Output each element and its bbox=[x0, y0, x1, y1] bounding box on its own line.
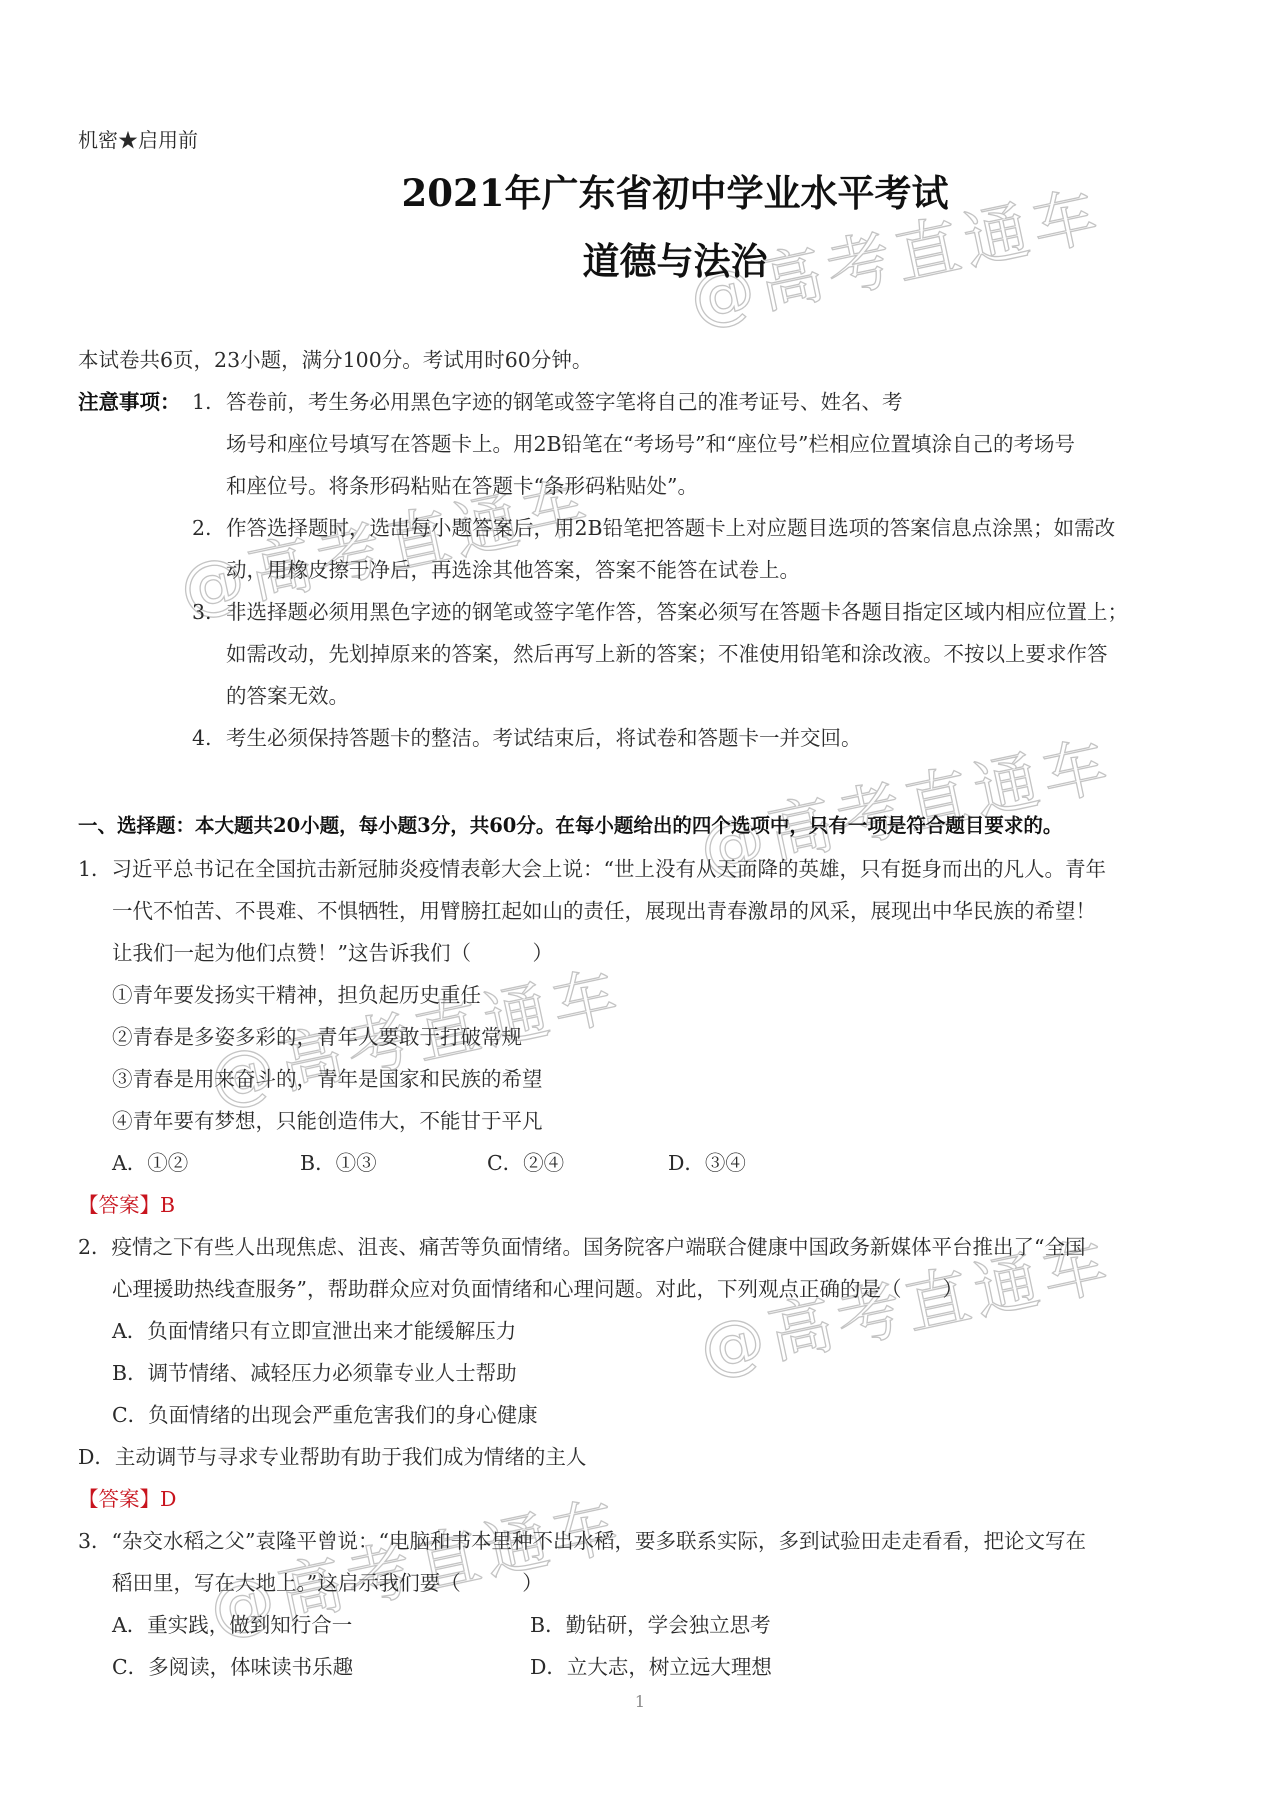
option-d: D．主动调节与寻求专业帮助有助于我们成为情绪的主人 bbox=[78, 1443, 586, 1471]
option-d: D．③④ bbox=[668, 1149, 746, 1177]
note-number: 1. bbox=[192, 388, 212, 416]
statement: ③青春是用来奋斗的，青年是国家和民族的希望 bbox=[112, 1065, 543, 1093]
option-c: C．多阅读，体味读书乐趣 bbox=[112, 1653, 353, 1681]
note-line: 动，用橡皮擦干净后，再选涂其他答案，答案不能答在试卷上。 bbox=[226, 556, 800, 584]
exam-page: @高考直通车 @高考直通车 @高考直通车 @高考直通车 @高考直通车 @高考直通… bbox=[0, 0, 1280, 1810]
note-number: 4. bbox=[192, 724, 212, 752]
subject-title: 道德与法治 bbox=[0, 238, 1280, 284]
statement: ④青年要有梦想，只能创造伟大，不能甘于平凡 bbox=[112, 1107, 543, 1135]
answer-label: 【答案】D bbox=[78, 1485, 176, 1513]
confidential-label: 机密★启用前 bbox=[78, 126, 198, 154]
note-line: 场号和座位号填写在答题卡上。用2B铅笔在“考场号”和“座位号”栏相应位置填涂自己… bbox=[226, 430, 1075, 458]
page-number: 1 bbox=[0, 1692, 1280, 1711]
section-heading: 一、选择题：本大题共20小题，每小题3分，共60分。在每小题给出的四个选项中，只… bbox=[78, 812, 1062, 840]
option-a: A．负面情绪只有立即宣泄出来才能缓解压力 bbox=[112, 1317, 516, 1345]
question-stem: 让我们一起为他们点赞！”这告诉我们（ ） bbox=[112, 939, 553, 967]
note-line: 和座位号。将条形码粘贴在答题卡“条形码粘贴处”。 bbox=[226, 472, 698, 500]
notes-label: 注意事项： bbox=[78, 388, 181, 416]
note-line: 非选择题必须用黑色字迹的钢笔或签字笔作答，答案必须写在答题卡各题目指定区域内相应… bbox=[226, 598, 1128, 626]
statement: ②青春是多姿多彩的，青年人要敢于打破常规 bbox=[112, 1023, 522, 1051]
exam-title: 2021年广东省初中学业水平考试 bbox=[0, 170, 1280, 216]
note-line: 作答选择题时，选出每小题答案后，用2B铅笔把答题卡上对应题目选项的答案信息点涂黑… bbox=[226, 514, 1115, 542]
question-stem: 2．疫情之下有些人出现焦虑、沮丧、痛苦等负面情绪。国务院客户端联合健康中国政务新… bbox=[78, 1233, 1086, 1261]
question-stem: 一代不怕苦、不畏难、不惧牺牲，用臂膀扛起如山的责任，展现出青春激昂的风采，展现出… bbox=[112, 897, 1096, 925]
question-stem: 心理援助热线查服务”，帮助群众应对负面情绪和心理问题。对此，下列观点正确的是（ … bbox=[112, 1275, 963, 1303]
note-line: 答卷前，考生务必用黑色字迹的钢笔或签字笔将自己的准考证号、姓名、考 bbox=[226, 388, 903, 416]
question-stem: 1．习近平总书记在全国抗击新冠肺炎疫情表彰大会上说：“世上没有从天而降的英雄，只… bbox=[78, 855, 1106, 883]
note-line: 考生必须保持答题卡的整洁。考试结束后，将试卷和答题卡一并交回。 bbox=[226, 724, 862, 752]
option-c: C．②④ bbox=[487, 1149, 564, 1177]
answer-label: 【答案】B bbox=[78, 1191, 175, 1219]
option-b: B．勤钻研，学会独立思考 bbox=[530, 1611, 771, 1639]
exam-info: 本试卷共6页，23小题，满分100分。考试用时60分钟。 bbox=[78, 346, 592, 374]
option-a: A．重实践，做到知行合一 bbox=[112, 1611, 352, 1639]
option-b: B．调节情绪、减轻压力必须靠专业人士帮助 bbox=[112, 1359, 517, 1387]
option-a: A．①② bbox=[112, 1149, 188, 1177]
option-d: D．立大志，树立远大理想 bbox=[530, 1653, 772, 1681]
note-line: 的答案无效。 bbox=[226, 682, 349, 710]
note-number: 3. bbox=[192, 598, 212, 626]
question-stem: 3．“杂交水稻之父”袁隆平曾说：“电脑和书本里种不出水稻，要多联系实际，多到试验… bbox=[78, 1527, 1086, 1555]
statement: ①青年要发扬实干精神，担负起历史重任 bbox=[112, 981, 481, 1009]
note-number: 2. bbox=[192, 514, 212, 542]
option-c: C．负面情绪的出现会严重危害我们的身心健康 bbox=[112, 1401, 538, 1429]
question-stem: 稻田里，写在大地上。”这启示我们要（ ） bbox=[112, 1569, 543, 1597]
option-b: B．①③ bbox=[300, 1149, 377, 1177]
note-line: 如需改动，先划掉原来的答案，然后再写上新的答案；不准使用铅笔和涂改液。不按以上要… bbox=[226, 640, 1108, 668]
